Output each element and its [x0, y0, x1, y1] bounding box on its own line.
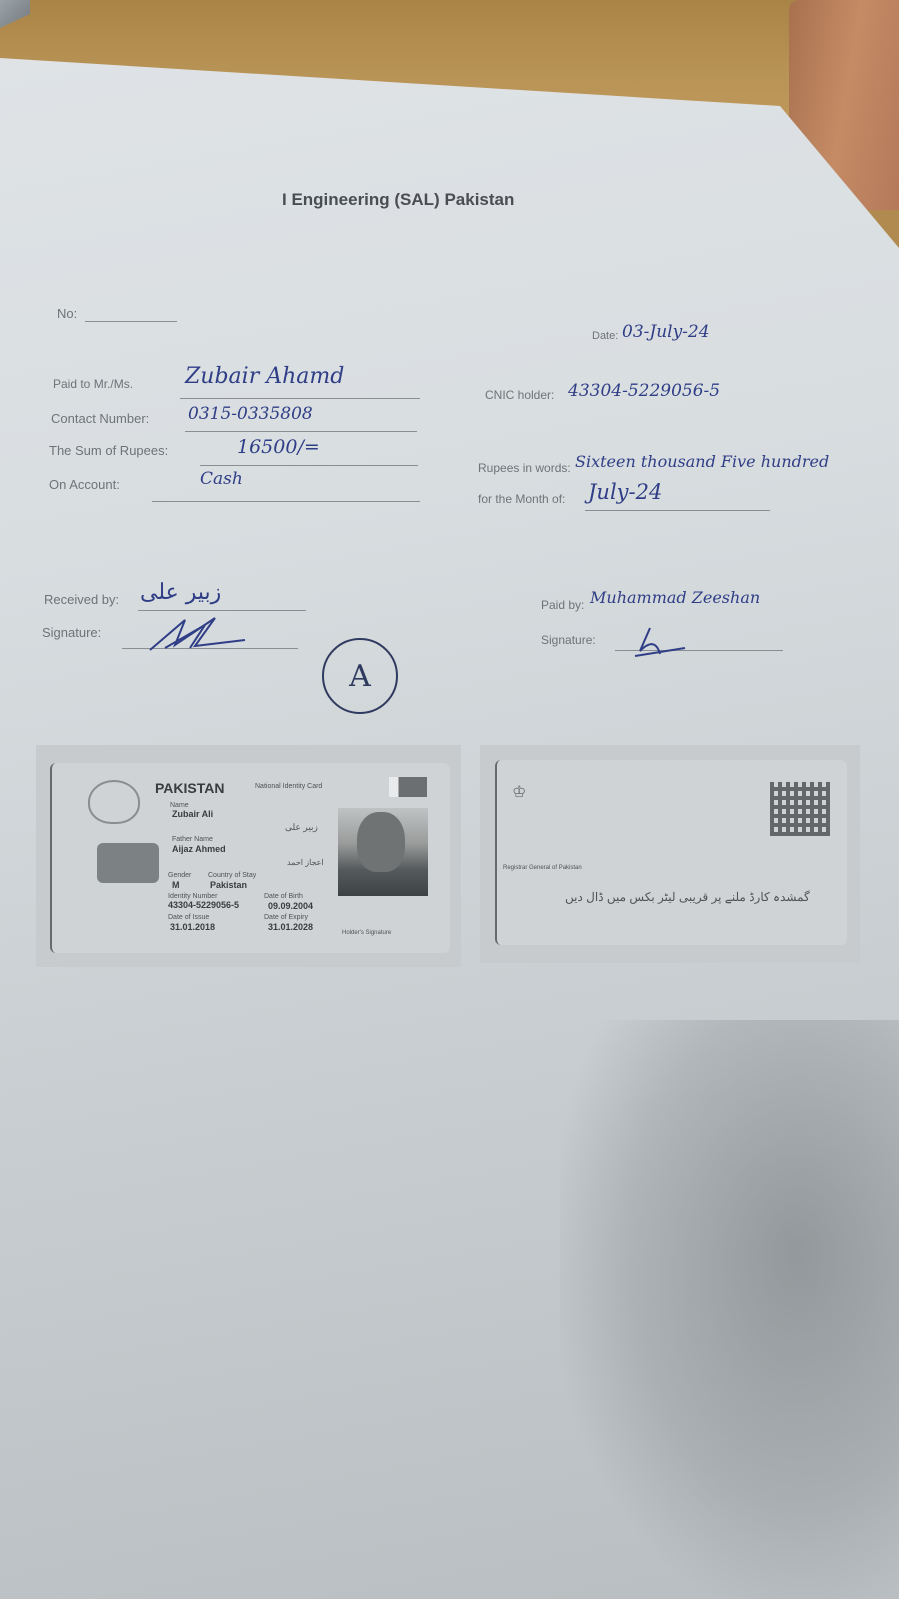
date-label: Date:: [592, 330, 618, 342]
month-value: July-24: [588, 480, 662, 504]
paid-to-value: Zubair Ahamd: [185, 364, 344, 389]
cnic-lost-card-note: گمشدہ کارڈ ملنے پر قریبی لیٹر بکس میں ڈا…: [565, 890, 810, 904]
cnic-father-name: Aijaz Ahmed: [172, 844, 226, 854]
pakistan-flag-icon: [389, 777, 427, 797]
sum-line: [200, 465, 418, 466]
received-signature-label: Signature:: [42, 625, 101, 640]
paid-to-label: Paid to Mr./Ms.: [53, 377, 133, 391]
paid-by-label: Paid by:: [541, 598, 584, 612]
no-line: [85, 321, 177, 322]
cnic-identity-number-label: Identity Number: [168, 893, 217, 900]
contact-number-line: [185, 431, 417, 432]
cnic-expiry-date: 31.01.2028: [268, 922, 313, 932]
cnic-registrar-label: Registrar General of Pakistan: [503, 865, 582, 871]
company-title: I Engineering (SAL) Pakistan: [282, 190, 514, 210]
received-by-label: Received by:: [44, 592, 119, 607]
cnic-holder-value: 43304-5229056-5: [568, 381, 720, 401]
cnic-gender-label: Gender: [168, 872, 191, 879]
cnic-issue-date: 31.01.2018: [170, 922, 215, 932]
sum-value: 16500/=: [237, 436, 320, 458]
qr-code: [770, 782, 830, 836]
month-line: [585, 510, 770, 511]
on-account-label: On Account:: [49, 477, 120, 492]
date-value: 03-July-24: [622, 322, 710, 342]
cnic-holder-signature-label: Holder's Signature: [342, 930, 391, 936]
cnic-country-of-stay: Pakistan: [210, 880, 247, 890]
contact-number-label: Contact Number:: [51, 411, 149, 426]
received-by-value: زبیر علی: [140, 580, 221, 605]
nadra-logo-icon: ♔: [512, 782, 526, 802]
paid-signature-label: Signature:: [541, 633, 596, 647]
rupees-words-value: Sixteen thousand Five hundred: [575, 452, 829, 471]
circled-mark: A: [322, 638, 398, 714]
cnic-dob: 09.09.2004: [268, 901, 313, 911]
cnic-country: PAKISTAN: [155, 780, 224, 796]
cnic-photo-face: [357, 812, 405, 872]
cnic-country-of-stay-label: Country of Stay: [208, 872, 256, 879]
cnic-issue-label: Date of Issue: [168, 914, 209, 921]
month-label: for the Month of:: [478, 492, 565, 506]
received-signature-scribble: [145, 610, 260, 655]
cnic-holder-label: CNIC holder:: [485, 388, 554, 402]
cnic-identity-number: 43304-5229056-5: [168, 900, 239, 910]
cnic-gender: M: [172, 880, 180, 890]
on-account-value: Cash: [200, 469, 243, 489]
paid-signature-scribble: [630, 626, 690, 660]
cnic-name-urdu: زبیر علی: [285, 822, 318, 833]
state-emblem-icon: [88, 780, 140, 824]
cnic-father-name-urdu: اعجاز احمد: [287, 858, 324, 867]
cnic-father-label: Father Name: [172, 836, 213, 843]
no-label: No:: [57, 306, 77, 321]
contact-number-value: 0315-0335808: [188, 404, 313, 424]
rupees-words-label: Rupees in words:: [478, 461, 571, 475]
paid-by-value: Muhammad Zeeshan: [590, 588, 760, 607]
cnic-dob-label: Date of Birth: [264, 893, 303, 900]
on-account-line: [152, 501, 420, 502]
cnic-expiry-label: Date of Expiry: [264, 914, 308, 921]
cnic-card-type: National Identity Card: [255, 783, 322, 790]
cnic-name: Zubair Ali: [172, 809, 213, 819]
card-chip: [97, 843, 159, 883]
sum-label: The Sum of Rupees:: [49, 443, 168, 458]
paid-to-line: [180, 398, 420, 399]
cnic-name-label: Name: [170, 802, 189, 809]
